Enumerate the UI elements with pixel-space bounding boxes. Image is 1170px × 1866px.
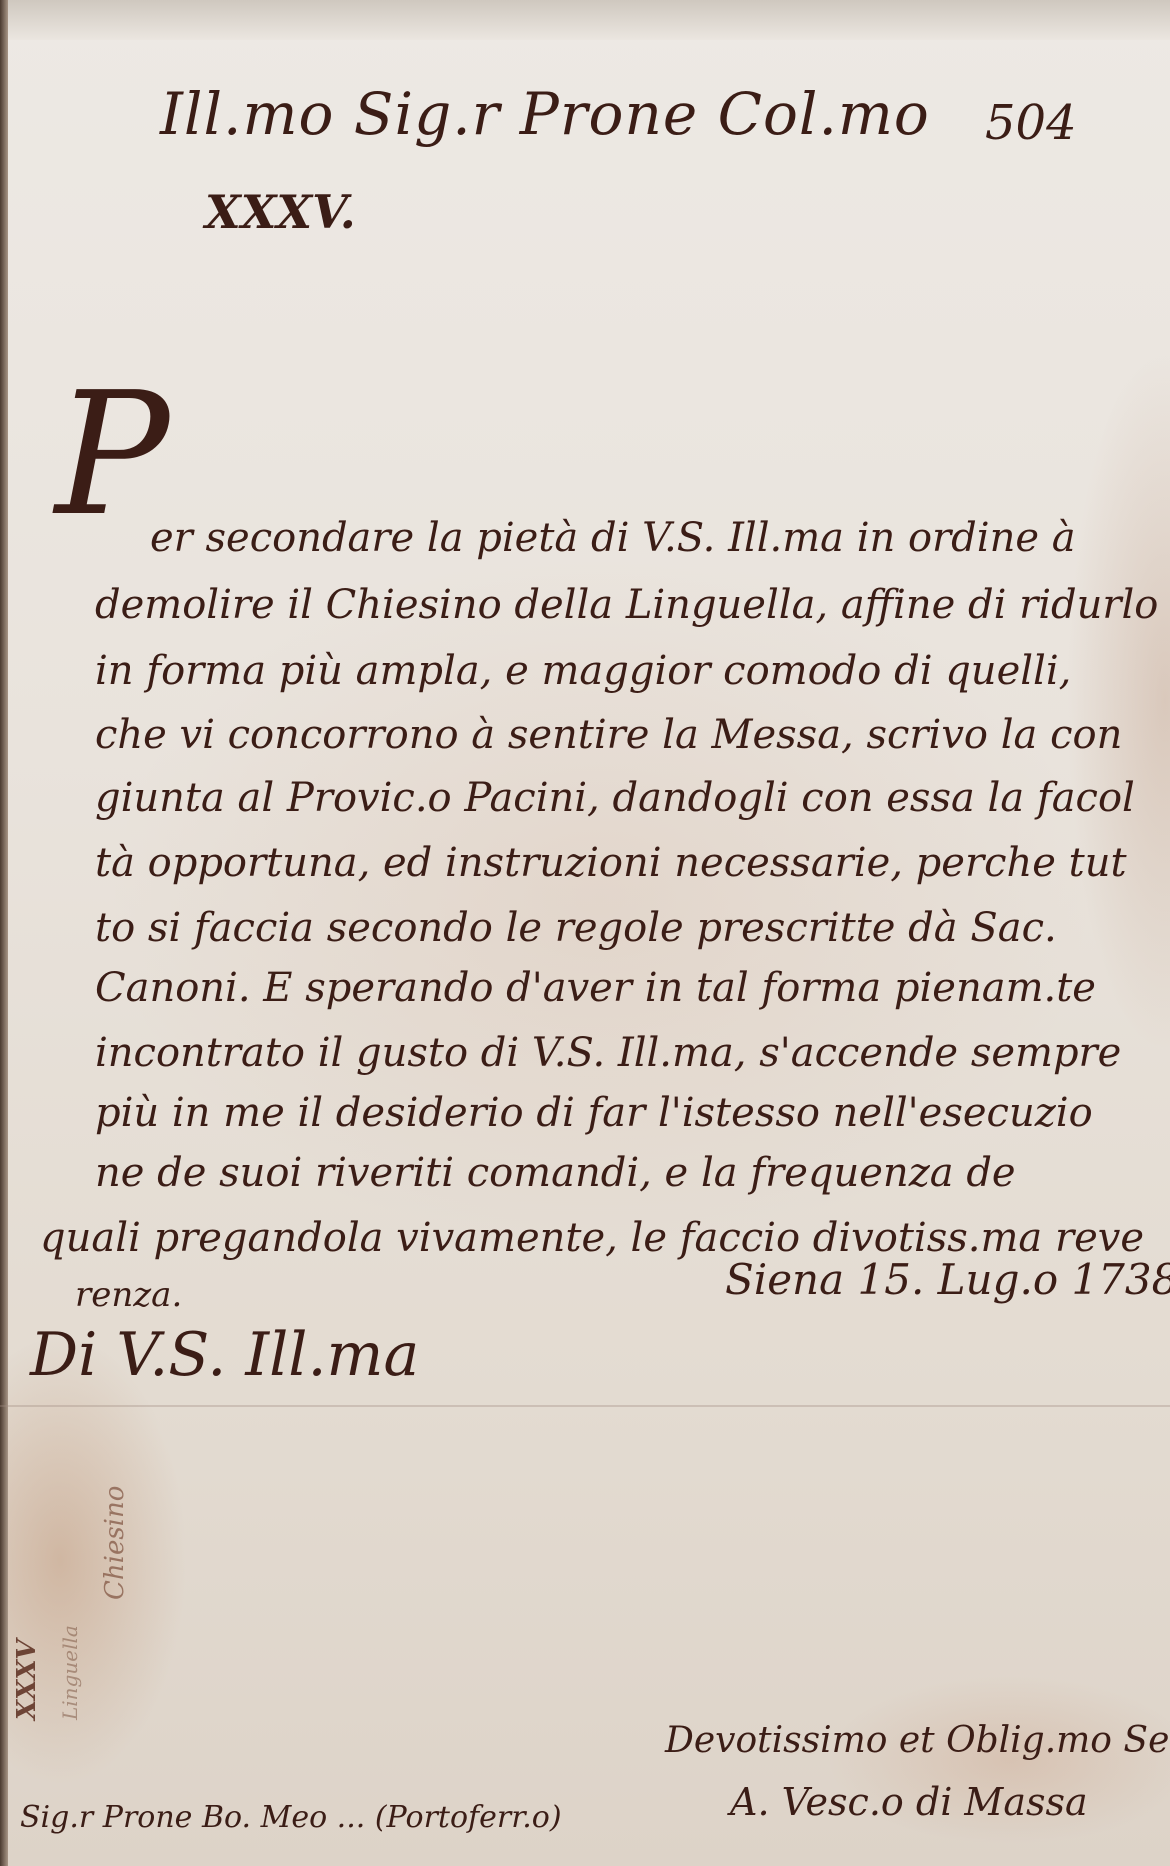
folio-number: 504 xyxy=(985,95,1077,151)
body-line: renza. xyxy=(75,1275,182,1315)
body-line: tà opportuna, ed instruzioni necessarie,… xyxy=(95,840,1127,886)
fold-line xyxy=(0,1405,1170,1407)
body-line: incontrato il gusto di V.S. Ill.ma, s'ac… xyxy=(95,1030,1121,1076)
body-line: Canoni. E sperando d'aver in tal forma p… xyxy=(95,965,1096,1011)
signature-line-1: Devotissimo et Oblig.mo Ser.re xyxy=(665,1720,1170,1761)
body-line: più in me il desiderio di far l'istesso … xyxy=(95,1090,1093,1136)
margin-note: XXXV xyxy=(12,1639,42,1720)
body-line: to si faccia secondo le regole prescritt… xyxy=(95,905,1057,951)
signature-line-2: A. Vesc.o di Massa xyxy=(730,1780,1088,1824)
body-line: ne de suoi riveriti comandi, e la freque… xyxy=(95,1150,1016,1196)
address-line: Sig.r Prone Bo. Meo ... (Portoferr.o) xyxy=(20,1800,562,1835)
body-line: che vi concorrono à sentire la Messa, sc… xyxy=(95,712,1122,758)
closing-formula: Di V.S. Ill.ma xyxy=(30,1320,419,1390)
body-line: in forma più ampla, e maggior comodo di … xyxy=(95,648,1071,694)
body-line: demolire il Chiesino della Linguella, af… xyxy=(95,582,1158,628)
letter-page: Ill.mo Sig.r Prone Col.mo 504 XXXV. P er… xyxy=(0,0,1170,1866)
body-line: giunta al Provic.o Pacini, dandogli con … xyxy=(95,775,1135,821)
section-number: XXXV. xyxy=(205,185,356,239)
margin-note: Linguella xyxy=(58,1625,82,1720)
header-salutation: Ill.mo Sig.r Prone Col.mo xyxy=(160,80,930,148)
binding-edge xyxy=(0,0,8,1866)
place-date: Siena 15. Lug.o 1738 xyxy=(725,1255,1170,1304)
margin-note: Chiesino xyxy=(100,1486,130,1600)
top-fold-shadow xyxy=(0,0,1170,40)
body-line: er secondare la pietà di V.S. Ill.ma in … xyxy=(150,515,1076,561)
